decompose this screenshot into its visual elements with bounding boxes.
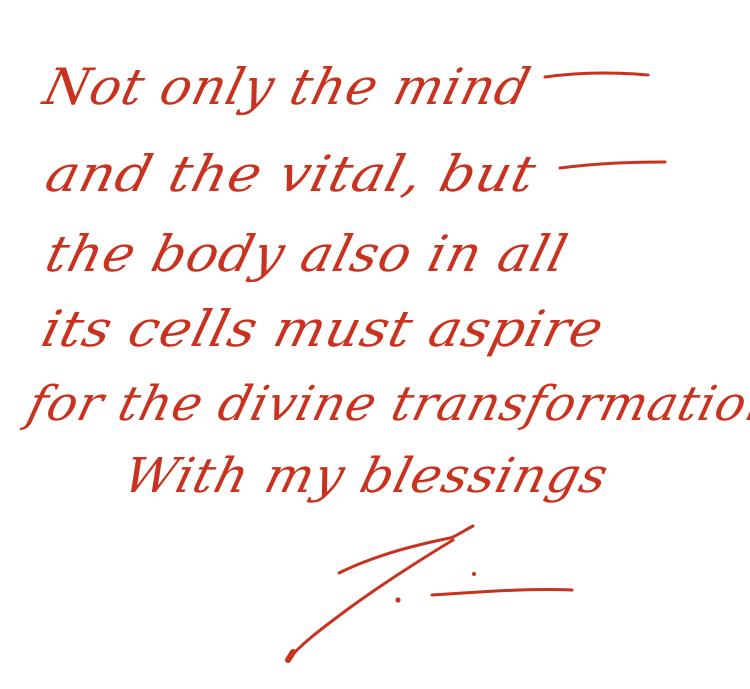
signature: M [0, 0, 750, 689]
handwritten-note: Not only the mind and the vital, but the… [0, 0, 750, 689]
